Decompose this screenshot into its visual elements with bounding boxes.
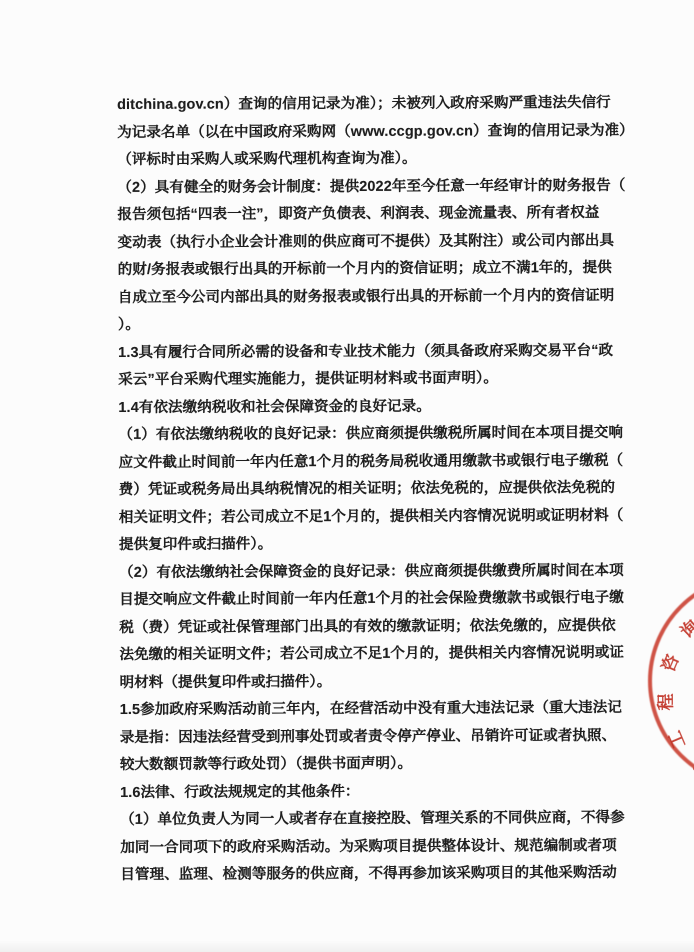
text-line: 明材料（提供复印件或扫描件）。 [120,667,650,697]
text-line: 为记录名单（以在中国政府采购网（www.ccgp.gov.cn）查询的信用记录为… [117,117,647,147]
text-line: 目提交响应文件截止时间前一年内任意1个月的社会保险费缴款书或银行电子缴 [119,585,649,615]
text-line: ditchina.gov.cn）查询的信用记录为准）；未被列入政府采购严重违法失… [117,90,647,120]
text-line: 1.3具有履行合同所必需的设备和专业技术能力（须具备政府采购交易平台“政 [118,337,648,367]
seal-character: 程 [652,694,677,711]
seal-character: 询 [673,613,694,643]
text-line: （评标时由采购人或采购代理机构查询为准）。 [117,145,647,175]
text-line: 的财/务报表或银行出具的开标前一个月内的资信证明；成立不满1年的，提供 [118,255,648,285]
seal-ring-icon [648,574,694,788]
text-line: 报告须包括“四表一注”，即资产负债表、利润表、现金流量表、所有者权益 [117,200,647,230]
text-line: （1）单位负责人为同一人或者存在直接控股、管理关系的不同供应商，不得参 [120,805,650,835]
text-line: 自成立至今公司内部出具的财务报表或银行出具的开标前一个月内的资信证明 [118,282,648,312]
scanned-document-page: ditchina.gov.cn）查询的信用记录为准）；未被列入政府采购严重违法失… [0,0,694,952]
text-line: 录是指：因违法经营受到刑事处罚或者责令停产停业、吊销许可证或者执照、 [120,722,650,752]
text-line: 法免缴的相关证明文件；若公司成立不足1个月的，提供相关内容情况说明或证 [119,640,649,670]
text-line: 1.6法律、行政法规规定的其他条件： [120,777,650,807]
text-line: 费）凭证或税务局出具纳税情况的相关证明；依法免税的，应提供依法免税的 [119,475,649,505]
text-line: （2）具有健全的财务会计制度：提供2022年至今任意一年经审计的财务报告（ [117,172,647,202]
seal-character: 工 [660,727,690,752]
text-line: 应文件截止时间前一年内任意1个月的税务局税收通用缴款书或银行电子缴税（ [119,447,649,477]
text-line: 1.5参加政府采购活动前三年内，在经营活动中没有重大违法记录（重大违法记 [120,695,650,725]
text-line: ）。 [118,310,648,340]
text-line: 加同一合同项下的政府采购活动。为采购项目提供整体设计、规范编制或者项 [120,832,650,862]
text-line: （2）有依法缴纳社会保障资金的良好记录：供应商须提供缴费所属时间在本项 [119,557,649,587]
text-line: 税（费）凭证或社保管理部门出具的有效的缴款证明；依法免缴的，应提供依 [119,612,649,642]
document-text-block: ditchina.gov.cn）查询的信用记录为准）；未被列入政府采购严重违法失… [117,90,650,890]
text-line: 较大数额罚款等行政处罚）（提供书面声明）。 [120,750,650,780]
text-line: 采云”平台采购代理实施能力，提供证明材料或书面声明）。 [118,365,648,395]
text-line: 1.4有依法缴纳税收和社会保障资金的良好记录。 [118,392,648,422]
seal-character: 咨 [654,650,684,675]
text-line: 提供复印件或扫描件）。 [119,530,649,560]
seal-character: 水 [686,756,694,786]
text-line: 变动表（执行小企业会计准则的供应商可不提供）及其附注）或公司内部出具 [118,227,648,257]
text-line: 相关证明文件；若公司成立不足1个月的，提供相关内容情况说明或证明材料（ [119,502,649,532]
text-line: 目管理、监理、检测等服务的供应商，不得再参加该采购项目的其他采购活动 [120,860,650,890]
text-line: （1）有依法缴纳税收的良好记录：供应商须提供缴税所属时间在本项目提交响 [118,420,648,450]
